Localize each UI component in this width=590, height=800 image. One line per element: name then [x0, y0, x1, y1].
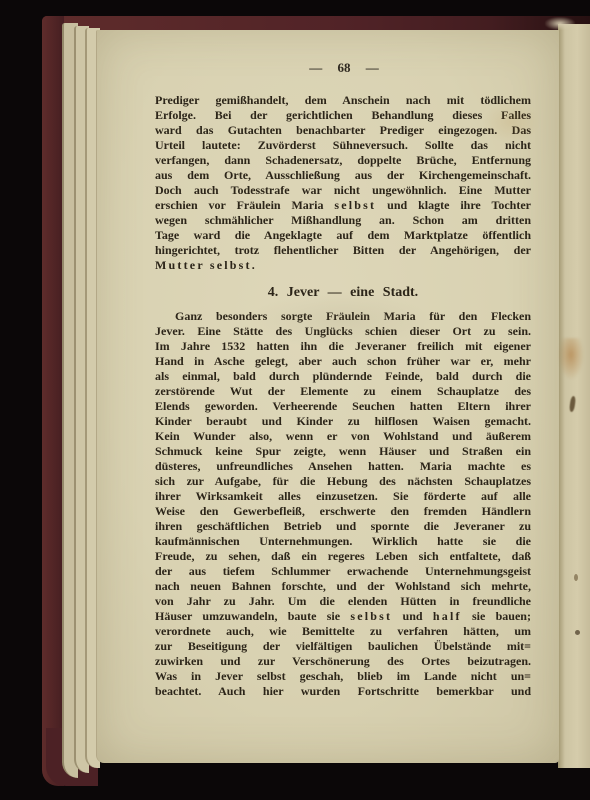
- text-line: ihrer Wirksamkeit alles einzusetzen. Sie…: [155, 489, 531, 504]
- emphasized-text: selbst: [350, 609, 392, 623]
- text-line: beachtet. Auch hier wurden Fortschritte …: [155, 684, 531, 699]
- text-line: der aus tiefem Schlummer erwachende Unte…: [155, 564, 531, 579]
- book-cover-edge-left: [42, 16, 64, 786]
- text-line: Im Jahre 1532 hatten ihn die Jeveraner f…: [155, 339, 531, 354]
- text-segment: und klagte ihre Tochter: [376, 198, 531, 212]
- text-line: ward das Gutachten benachbarter Prediger…: [155, 123, 531, 138]
- text-segment: sie bauen;: [462, 609, 531, 623]
- emphasized-text: Mutter selbst.: [155, 258, 257, 272]
- text-line: Freude, zu sehen, daß ein regeres Leben …: [155, 549, 531, 564]
- text-line: wegen schmählicher Mißhandlung an. Schon…: [155, 213, 531, 228]
- text-line: Prediger gemißhandelt, dem Anschein nach…: [155, 93, 531, 108]
- text-line: verfangen, dann Schadenersatz, doppelte …: [155, 153, 531, 168]
- text-line: Hand in Asche gelegt, aber auch schon fr…: [155, 354, 531, 369]
- text-segment: und: [392, 609, 433, 623]
- text-line: Was in Jever selbst geschah, blieb im La…: [155, 669, 531, 684]
- text-line: Häuser umzuwandeln, baute sie selbst und…: [155, 609, 531, 624]
- text-line: ihren geschäftlichen Betrieb und spornte…: [155, 519, 531, 534]
- text-line: Ganz besonders sorgte Fräulein Maria für…: [155, 309, 531, 324]
- text-line: verordnete auch, wie Bemittelte zu verfa…: [155, 624, 531, 639]
- section-heading: 4. Jever — eine Stadt.: [155, 285, 531, 301]
- text-line: erschien vor Fräulein Maria selbst und k…: [155, 198, 531, 213]
- text-line: aus dem Orte, Ausschließung aus der Kirc…: [155, 168, 531, 183]
- paragraph-continued: Prediger gemißhandelt, dem Anschein nach…: [97, 93, 559, 273]
- text-line: Tage ward die Angeklagte auf dem Marktpl…: [155, 228, 531, 243]
- text-line: Jever. Eine Stätte des Unglücks schien d…: [155, 324, 531, 339]
- text-line: von Jahr zu Jahr. Um die elenden Hütten …: [155, 594, 531, 609]
- text-line: Erfolge. Bei der gerichtlichen Behandlun…: [155, 108, 531, 123]
- text-line: Kinder beraubt und Kinder zu hilflosen W…: [155, 414, 531, 429]
- text-line: Elends geworden. Verheerende Seuchen hat…: [155, 399, 531, 414]
- scanned-book-page-photo: — 68 — Prediger gemißhandelt, dem Ansche…: [0, 0, 590, 800]
- emphasized-text: selbst: [334, 198, 376, 212]
- text-segment: erschien vor Fräulein Maria: [155, 198, 334, 212]
- text-line: Kein Wunder also, wenn er von Wohlstand …: [155, 429, 531, 444]
- text-line: zerstörende Wut der Elemente zu einem Sc…: [155, 384, 531, 399]
- text-line: Urteil lautete: Zuvörderst Sühneversuch.…: [155, 138, 531, 153]
- text-segment: Häuser umzuwandeln, baute sie: [155, 609, 350, 623]
- text-line: zuwirken und zur Verschönerung des Ortes…: [155, 654, 531, 669]
- paragraph-jever: Ganz besonders sorgte Fräulein Maria für…: [97, 309, 559, 699]
- text-line: sich zur Aufgabe, für die Hebung des näc…: [155, 474, 531, 489]
- page-number: — 68 —: [155, 60, 533, 76]
- text-line: hingerichtet, trotz flehentlicher Bitten…: [155, 243, 531, 258]
- text-line: zur Beseitigung der vielfältigen baulich…: [155, 639, 531, 654]
- text-line: kaufmännischen Unternehmungen. Wirklich …: [155, 534, 531, 549]
- emphasized-text: half: [433, 609, 462, 623]
- text-line: Mutter selbst.: [155, 258, 531, 273]
- text-line: Weise den Gewerbefleiß, erschwerte den f…: [155, 504, 531, 519]
- text-line: Doch auch Todesstrafe war nicht ungewöhn…: [155, 183, 531, 198]
- text-line: Schmuck keine Spur zeigte, wenn Häuser u…: [155, 444, 531, 459]
- text-line: nach neuen Bahnen forschte, und der Wohl…: [155, 579, 531, 594]
- text-line: düsteres, unfreundliches Ansehen hatten.…: [155, 459, 531, 474]
- book-page: — 68 — Prediger gemißhandelt, dem Ansche…: [96, 30, 559, 763]
- facing-page-sliver: [558, 24, 590, 768]
- text-line: als einmal, bald durch plündernde Feinde…: [155, 369, 531, 384]
